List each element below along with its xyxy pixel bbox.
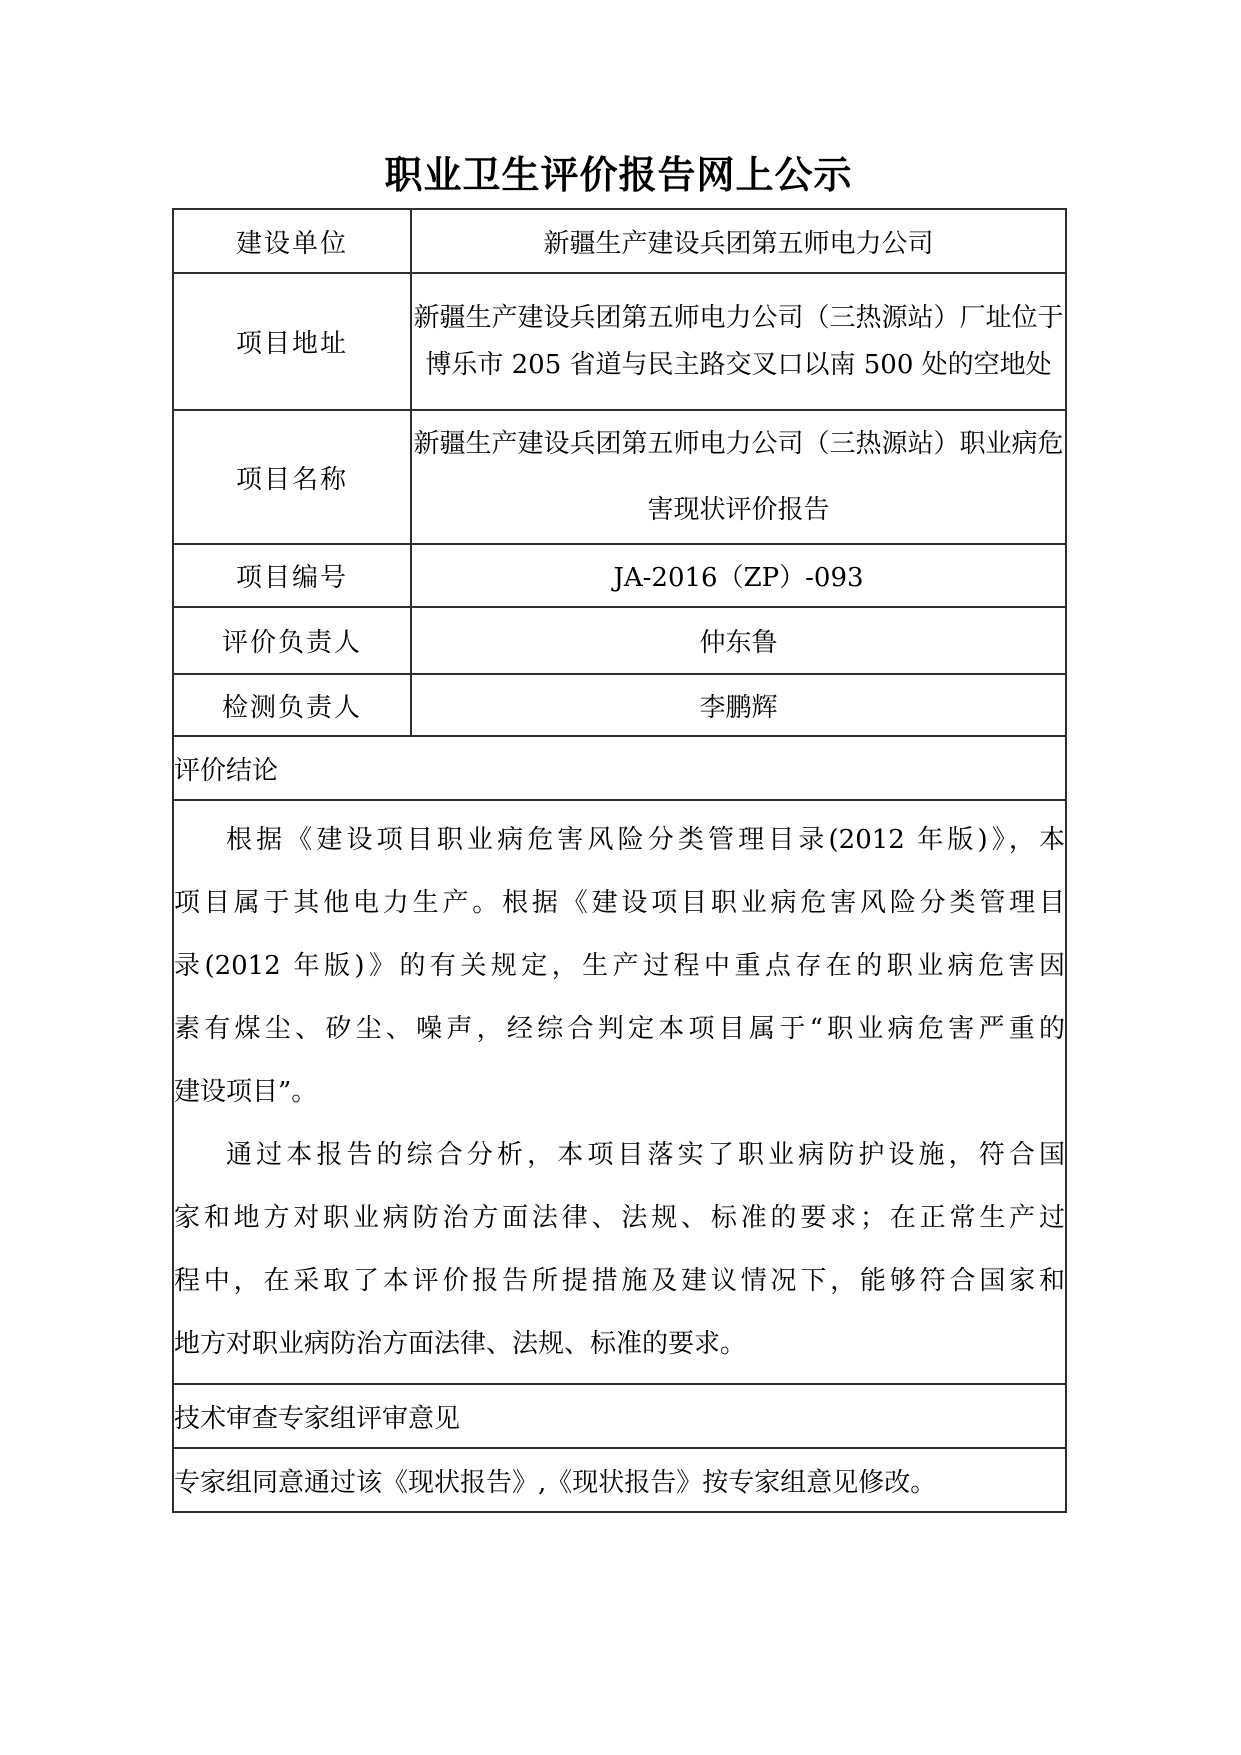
testing-leader-label: 检测负责人 xyxy=(173,674,411,736)
conclusion-line: 建设项目”。 xyxy=(174,1061,1065,1124)
page: 职业卫生评价报告网上公示 建设单位 新疆生产建设兵团第五师电力公司 项目地址 新… xyxy=(0,0,1241,1513)
expert-opinion-text: 专家组同意通过该《现状报告》,《现状报告》按专家组意见修改。 xyxy=(173,1448,1066,1512)
construction-unit-label: 建设单位 xyxy=(173,209,411,273)
conclusion-line: 地方对职业病防治方面法律、法规、标准的要求。 xyxy=(174,1313,1065,1376)
document-title: 职业卫生评价报告网上公示 xyxy=(172,152,1065,198)
document-content: 职业卫生评价报告网上公示 建设单位 新疆生产建设兵团第五师电力公司 项目地址 新… xyxy=(172,0,1065,1513)
row-conclusion-header: 评价结论 xyxy=(173,736,1066,800)
evaluation-leader-value: 仲东鲁 xyxy=(411,607,1066,674)
row-conclusion-text: 根据《建设项目职业病危害风险分类管理目录(2012 年版)》，本 项目属于其他电… xyxy=(173,800,1066,1384)
row-expert-review-header: 技术审查专家组评审意见 xyxy=(173,1384,1066,1448)
evaluation-leader-label: 评价负责人 xyxy=(173,607,411,674)
row-project-name: 项目名称 新疆生产建设兵团第五师电力公司（三热源站）职业病危害现状评价报告 xyxy=(173,410,1066,544)
conclusion-line: 录(2012 年版)》的有关规定，生产过程中重点存在的职业病危害因 xyxy=(174,935,1065,998)
row-evaluation-leader: 评价负责人 仲东鲁 xyxy=(173,607,1066,674)
conclusion-line: 通过本报告的综合分析，本项目落实了职业病防护设施，符合国 xyxy=(174,1124,1065,1187)
construction-unit-value: 新疆生产建设兵团第五师电力公司 xyxy=(411,209,1066,273)
row-construction-unit: 建设单位 新疆生产建设兵团第五师电力公司 xyxy=(173,209,1066,273)
project-name-value: 新疆生产建设兵团第五师电力公司（三热源站）职业病危害现状评价报告 xyxy=(411,410,1066,544)
project-name-label: 项目名称 xyxy=(173,410,411,544)
testing-leader-value: 李鹏辉 xyxy=(411,674,1066,736)
conclusion-line: 项目属于其他电力生产。根据《建设项目职业病危害风险分类管理目 xyxy=(174,872,1065,935)
conclusion-line: 程中，在采取了本评价报告所提措施及建议情况下，能够符合国家和 xyxy=(174,1250,1065,1313)
project-address-value: 新疆生产建设兵团第五师电力公司（三热源站）厂址位于博乐市 205 省道与民主路交… xyxy=(411,273,1066,410)
row-project-number: 项目编号 JA-2016（ZP）-093 xyxy=(173,544,1066,607)
row-expert-opinion: 专家组同意通过该《现状报告》,《现状报告》按专家组意见修改。 xyxy=(173,1448,1066,1512)
conclusion-line: 素有煤尘、矽尘、噪声，经综合判定本项目属于“职业病危害严重的 xyxy=(174,998,1065,1061)
conclusion-text: 根据《建设项目职业病危害风险分类管理目录(2012 年版)》，本 项目属于其他电… xyxy=(173,800,1066,1384)
project-address-label: 项目地址 xyxy=(173,273,411,410)
row-testing-leader: 检测负责人 李鹏辉 xyxy=(173,674,1066,736)
project-number-label: 项目编号 xyxy=(173,544,411,607)
conclusion-line: 根据《建设项目职业病危害风险分类管理目录(2012 年版)》，本 xyxy=(174,809,1065,872)
conclusion-header: 评价结论 xyxy=(173,736,1066,800)
row-project-address: 项目地址 新疆生产建设兵团第五师电力公司（三热源站）厂址位于博乐市 205 省道… xyxy=(173,273,1066,410)
project-number-value: JA-2016（ZP）-093 xyxy=(411,544,1066,607)
expert-review-header: 技术审查专家组评审意见 xyxy=(173,1384,1066,1448)
info-table: 建设单位 新疆生产建设兵团第五师电力公司 项目地址 新疆生产建设兵团第五师电力公… xyxy=(172,208,1067,1513)
conclusion-line: 家和地方对职业病防治方面法律、法规、标准的要求；在正常生产过 xyxy=(174,1187,1065,1250)
